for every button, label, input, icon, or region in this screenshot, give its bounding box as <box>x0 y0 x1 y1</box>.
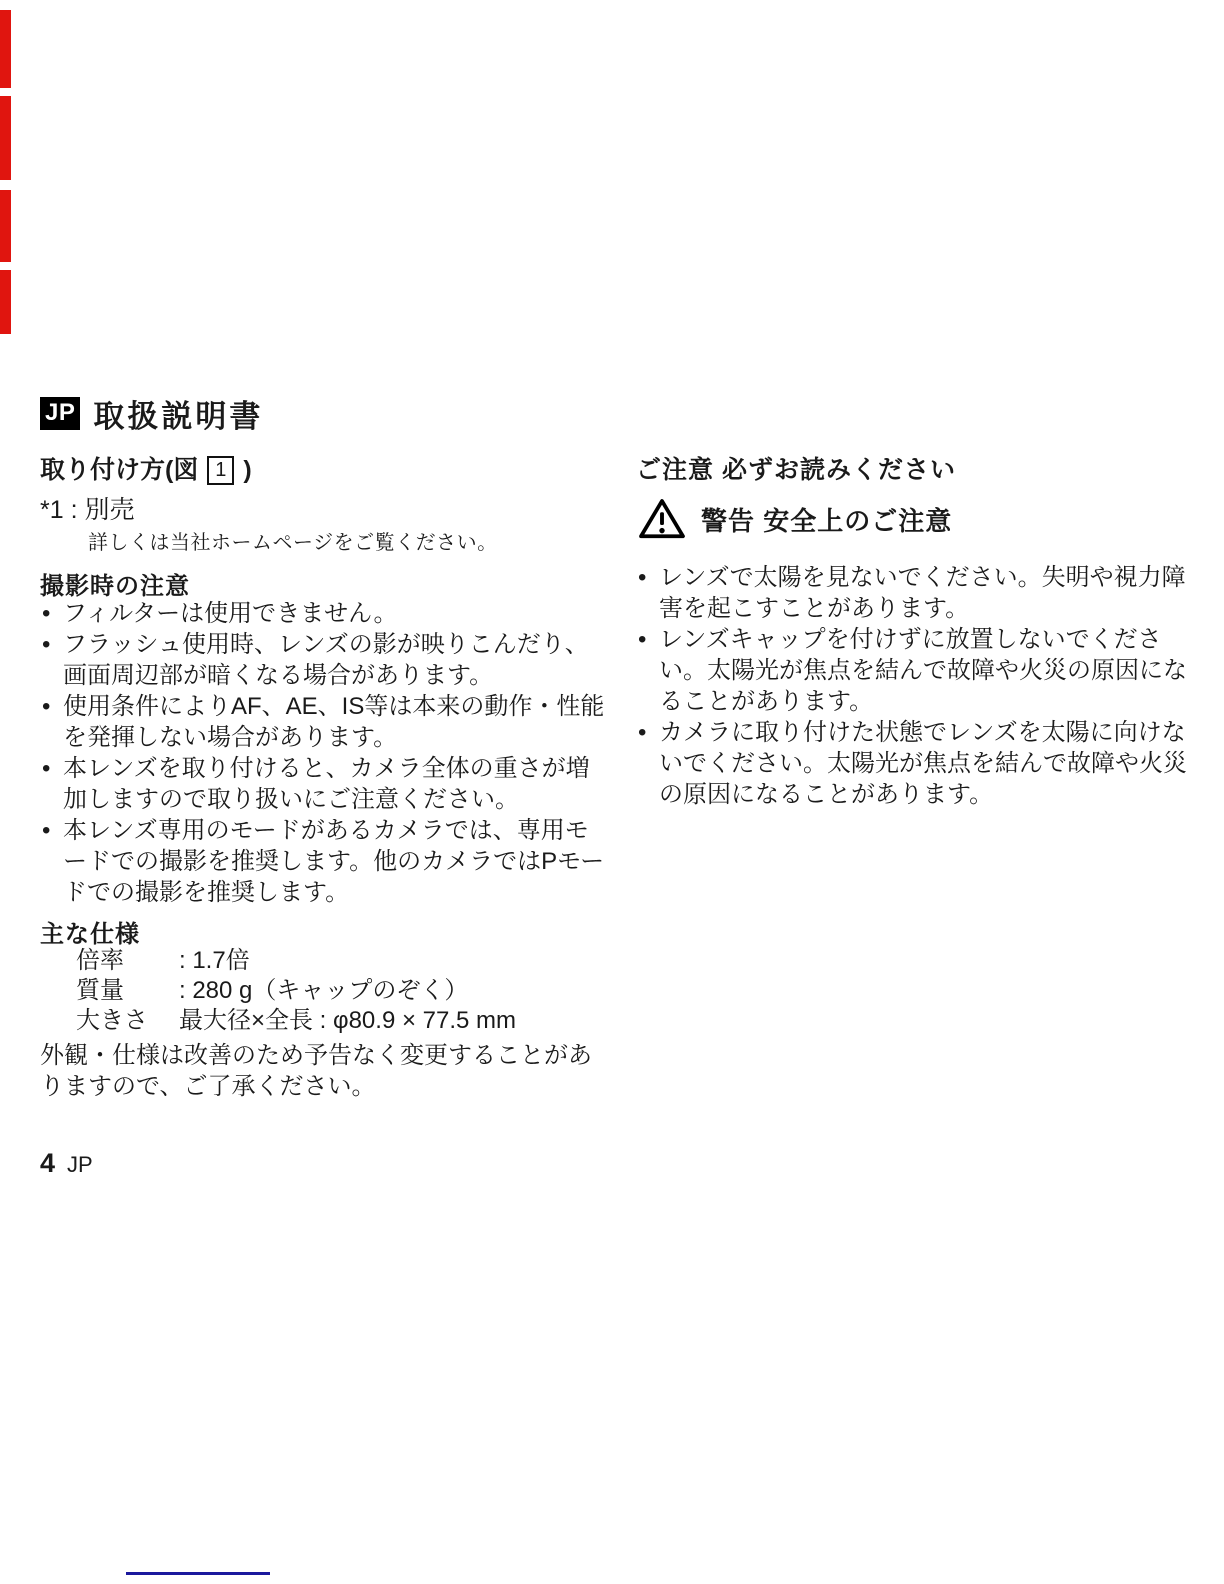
list-item: レンズで太陽を見ないでください。失明や視力障害を起こすことがあります。 <box>636 562 1196 624</box>
spec-label: 質量 <box>76 976 179 1006</box>
scan-artifact-red-mark <box>0 270 11 334</box>
page-footer: 4 JP <box>40 1148 93 1179</box>
bullet-text: レンズキャップを付けずに放置しないでください。太陽光が焦点を結んで故障や火災の原… <box>659 626 1187 715</box>
warning-heading-text: 警告 安全上のご注意 <box>701 501 952 538</box>
spec-row-dimensions: 大きさ 最大径×全長 : φ80.9 × 77.5 mm <box>76 1006 516 1036</box>
bullet-text: 本レンズを取り付けると、カメラ全体の重さが増加しますので取り扱いにご注意ください… <box>63 755 590 813</box>
change-without-notice-disclaimer: 外観・仕様は改善のため予告なく変更することがありますので、ご了承ください。 <box>40 1040 606 1102</box>
warning-header: 警告 安全上のご注意 <box>638 498 952 540</box>
bullet-text: フラッシュ使用時、レンズの影が映りこんだり、画面周辺部が暗くなる場合があります。 <box>63 631 589 689</box>
scan-artifact-red-mark <box>0 96 11 180</box>
shooting-notes-list: フィルターは使用できません。 フラッシュ使用時、レンズの影が映りこんだり、画面周… <box>40 598 606 908</box>
safety-warnings-list: レンズで太陽を見ないでください。失明や視力障害を起こすことがあります。 レンズキ… <box>636 562 1196 810</box>
attach-heading-prefix: 取り付け方(図 <box>40 456 198 484</box>
list-item: 本レンズ専用のモードがあるカメラでは、専用モードでの撮影を推奨します。他のカメラ… <box>40 815 606 908</box>
scan-artifact-red-mark <box>0 190 11 262</box>
scan-artifact-blue-line <box>126 1572 270 1575</box>
warning-triangle-icon <box>638 498 686 540</box>
attach-heading-suffix: ) <box>243 456 251 484</box>
attachment-section-heading: 取り付け方(図 1 ) <box>40 450 252 486</box>
shooting-notes-heading: 撮影時の注意 <box>40 566 190 601</box>
spec-label: 倍率 <box>76 946 179 976</box>
bullet-text: 使用条件によりAF、AE、IS等は本来の動作・性能を発揮しない場合があります。 <box>63 693 604 751</box>
document-header: JP 取扱説明書 <box>40 391 263 436</box>
bullet-text: カメラに取り付けた状態でレンズを太陽に向けないでください。太陽光が焦点を結んで故… <box>659 719 1187 808</box>
bullet-text: レンズで太陽を見ないでください。失明や視力障害を起こすことがあります。 <box>659 564 1186 622</box>
list-item: フラッシュ使用時、レンズの影が映りこんだり、画面周辺部が暗くなる場合があります。 <box>40 629 606 691</box>
manual-page: JP 取扱説明書 取り付け方(図 1 ) *1 : 別売 詳しくは当社ホームペー… <box>0 0 1224 1584</box>
page-title: 取扱説明書 <box>93 391 263 436</box>
list-item: フィルターは使用できません。 <box>40 598 606 629</box>
spec-label: 大きさ <box>76 1006 179 1036</box>
bullet-text: フィルターは使用できません。 <box>63 600 398 627</box>
footnote-sold-separately: *1 : 別売 <box>40 490 134 526</box>
bullet-text: 本レンズ専用のモードがあるカメラでは、専用モードでの撮影を推奨します。他のカメラ… <box>63 817 604 906</box>
list-item: レンズキャップを付けずに放置しないでください。太陽光が焦点を結んで故障や火災の原… <box>636 624 1196 717</box>
language-badge: JP <box>40 397 80 430</box>
list-item: 使用条件によりAF、AE、IS等は本来の動作・性能を発揮しない場合があります。 <box>40 691 606 753</box>
spec-value: : 1.7倍 <box>179 946 250 976</box>
spec-row-magnification: 倍率 : 1.7倍 <box>76 946 516 976</box>
list-item: 本レンズを取り付けると、カメラ全体の重さが増加しますので取り扱いにご注意ください… <box>40 753 606 815</box>
list-item: カメラに取り付けた状態でレンズを太陽に向けないでください。太陽光が焦点を結んで故… <box>636 717 1196 810</box>
specifications-heading: 主な仕様 <box>40 914 140 949</box>
caution-section-heading: ご注意 必ずお読みください <box>636 450 956 486</box>
figure-number-box: 1 <box>207 456 234 485</box>
spec-row-weight: 質量 : 280 g（キャップのぞく） <box>76 976 516 1006</box>
spec-value: 最大径×全長 : φ80.9 × 77.5 mm <box>179 1006 516 1036</box>
page-number: 4 <box>40 1148 55 1179</box>
specifications-table: 倍率 : 1.7倍 質量 : 280 g（キャップのぞく） 大きさ 最大径×全長… <box>76 946 516 1036</box>
page-language-label: JP <box>67 1152 93 1178</box>
scan-artifact-red-mark <box>0 10 11 88</box>
spec-value: : 280 g（キャップのぞく） <box>179 976 468 1006</box>
footnote-detail: 詳しくは当社ホームページをご覧ください。 <box>88 526 498 555</box>
